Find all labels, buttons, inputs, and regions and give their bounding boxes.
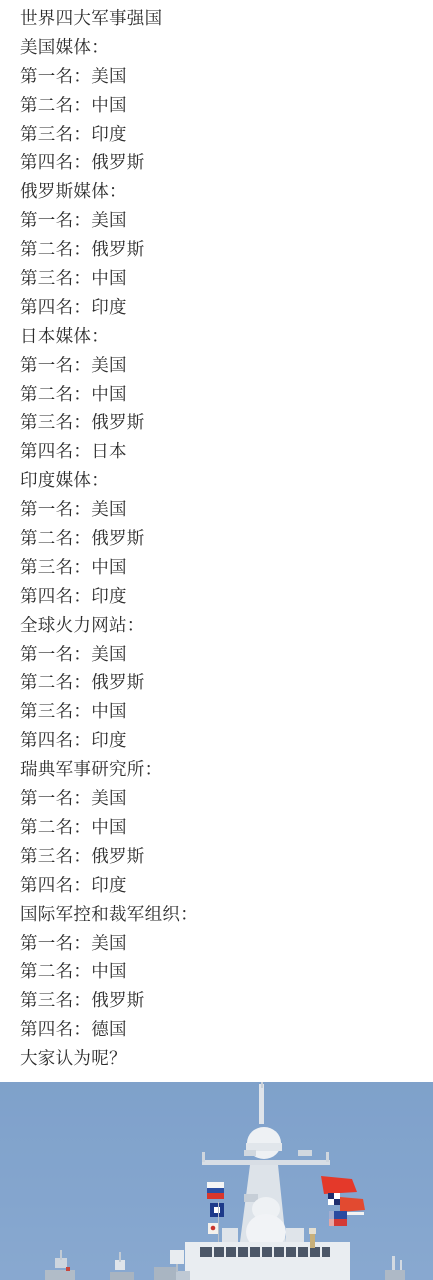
rank-item: 第四名：印度 <box>20 294 430 323</box>
rank-item: 第一名：美国 <box>20 930 430 959</box>
section-swedish-institute: 瑞典军事研究所： 第一名：美国 第二名：中国 第三名：俄罗斯 第四名：印度 <box>20 756 430 900</box>
section-source: 美国媒体： <box>20 34 430 63</box>
warship-illustration <box>0 1082 433 1280</box>
rank-item: 第二名：中国 <box>20 92 430 121</box>
rank-item: 第四名：印度 <box>20 727 430 756</box>
section-india-media: 印度媒体： 第一名：美国 第二名：俄罗斯 第三名：中国 第四名：印度 <box>20 467 430 611</box>
rank-item: 第三名：俄罗斯 <box>20 987 430 1016</box>
rank-item: 第二名：中国 <box>20 958 430 987</box>
post-title: 世界四大军事强国 <box>20 5 430 34</box>
rank-item: 第一名：美国 <box>20 63 430 92</box>
section-source: 日本媒体： <box>20 323 430 352</box>
rank-item: 第四名：日本 <box>20 438 430 467</box>
rank-item: 第二名：俄罗斯 <box>20 669 430 698</box>
rank-item: 第四名：俄罗斯 <box>20 149 430 178</box>
rank-item: 第一名：美国 <box>20 207 430 236</box>
section-source: 全球火力网站： <box>20 612 430 641</box>
section-source: 瑞典军事研究所： <box>20 756 430 785</box>
rank-item: 第一名：美国 <box>20 641 430 670</box>
rank-item: 第二名：中国 <box>20 381 430 410</box>
rank-item: 第二名：俄罗斯 <box>20 525 430 554</box>
section-japan-media: 日本媒体： 第一名：美国 第二名：中国 第三名：俄罗斯 第四名：日本 <box>20 323 430 467</box>
rank-item: 第四名：德国 <box>20 1016 430 1045</box>
rank-item: 第二名：中国 <box>20 814 430 843</box>
section-source: 俄罗斯媒体： <box>20 178 430 207</box>
section-us-media: 美国媒体： 第一名：美国 第二名：中国 第三名：印度 第四名：俄罗斯 <box>20 34 430 178</box>
rank-item: 第一名：美国 <box>20 496 430 525</box>
rank-item: 第三名：俄罗斯 <box>20 843 430 872</box>
section-source: 国际军控和裁军组织： <box>20 901 430 930</box>
rank-item: 第四名：印度 <box>20 872 430 901</box>
closing-question: 大家认为呢？ <box>20 1045 430 1074</box>
section-arms-control-org: 国际军控和裁军组织： 第一名：美国 第二名：中国 第三名：俄罗斯 第四名：德国 <box>20 901 430 1045</box>
post-text: 世界四大军事强国 美国媒体： 第一名：美国 第二名：中国 第三名：印度 第四名：… <box>20 5 430 1074</box>
rank-item: 第三名：印度 <box>20 121 430 150</box>
section-global-firepower: 全球火力网站： 第一名：美国 第二名：俄罗斯 第三名：中国 第四名：印度 <box>20 612 430 756</box>
rank-item: 第一名：美国 <box>20 352 430 381</box>
section-russia-media: 俄罗斯媒体： 第一名：美国 第二名：俄罗斯 第三名：中国 第四名：印度 <box>20 178 430 322</box>
rank-item: 第三名：俄罗斯 <box>20 409 430 438</box>
warship-photo[interactable] <box>0 1082 433 1280</box>
section-source: 印度媒体： <box>20 467 430 496</box>
rank-item: 第四名：印度 <box>20 583 430 612</box>
rank-item: 第一名：美国 <box>20 785 430 814</box>
rank-item: 第三名：中国 <box>20 554 430 583</box>
rank-item: 第三名：中国 <box>20 698 430 727</box>
rank-item: 第三名：中国 <box>20 265 430 294</box>
rank-item: 第二名：俄罗斯 <box>20 236 430 265</box>
